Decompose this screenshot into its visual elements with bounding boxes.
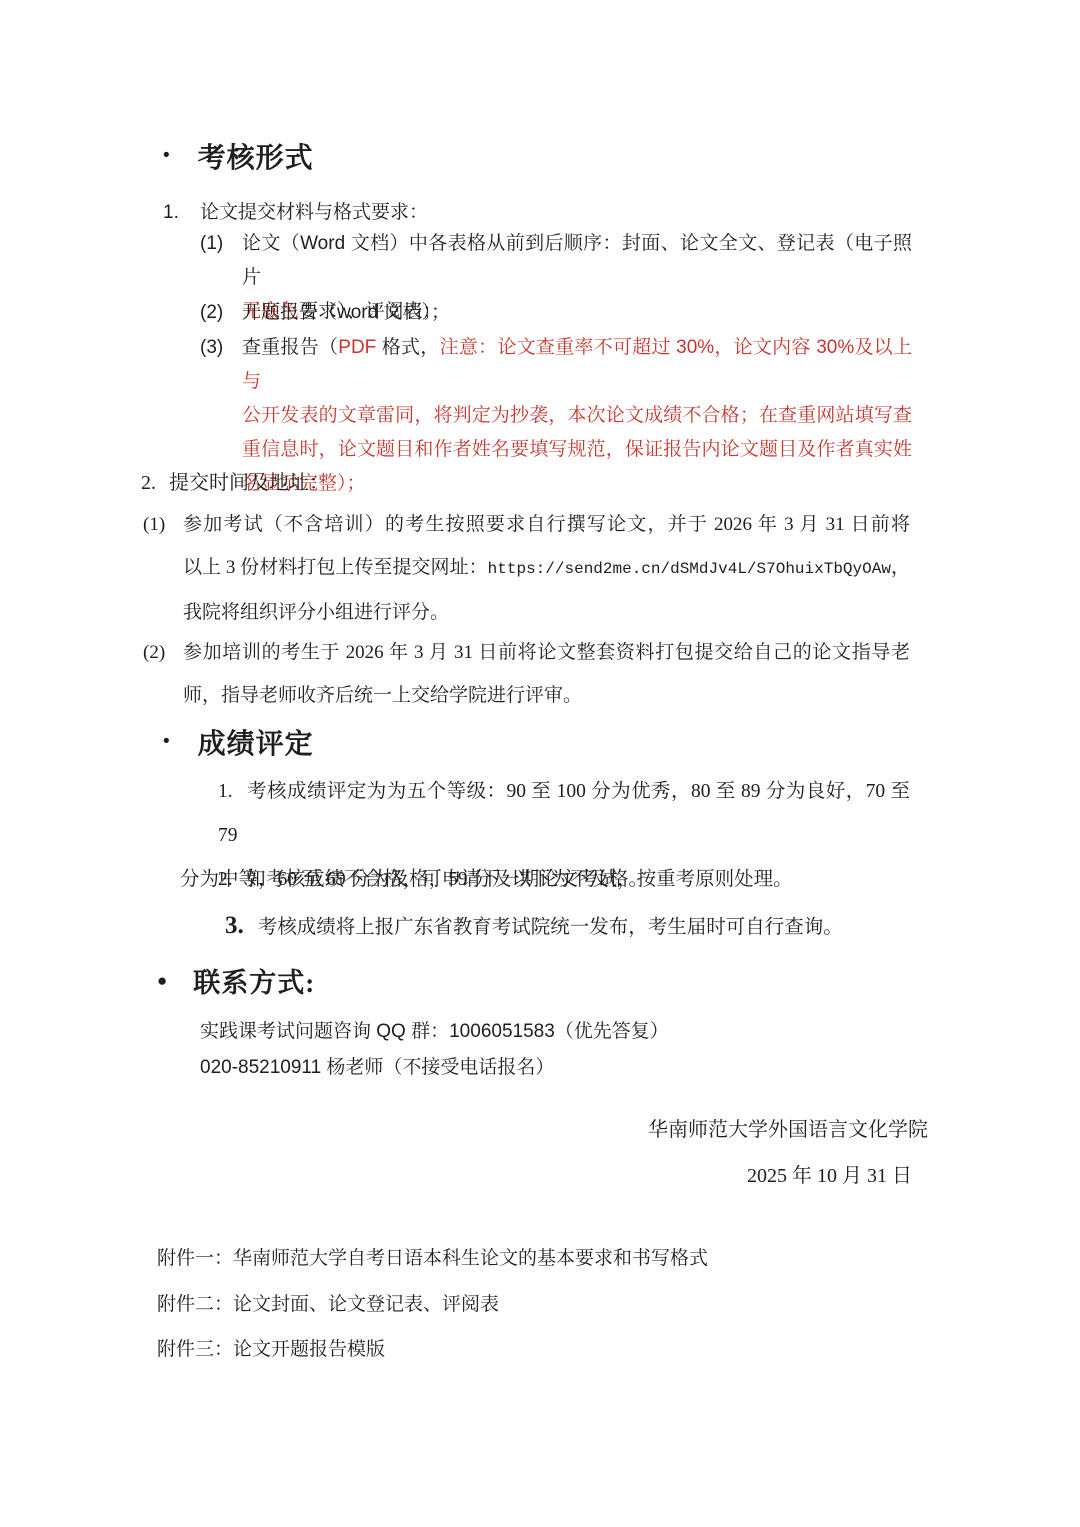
sub1-line1: 论文（Word 文档）中各表格从前到后顺序：封面、论文全文、登记表（电子照片 (242, 227, 912, 295)
sub-number: (1) (200, 227, 242, 261)
heading-text: 联系方式: (193, 961, 315, 1000)
section-heading-grading: • 成绩评定 (163, 722, 314, 762)
sub-number: (2) (143, 631, 183, 674)
list-item-1: 1. 论文提交材料与格式要求： (163, 196, 913, 230)
list-item-2: 2. 提交时间及地址： (141, 468, 901, 498)
heading-text: 考核形式 (198, 136, 314, 176)
list-text: 论文提交材料与格式要求： (200, 196, 913, 230)
attachment-3: 附件三：论文开题报告模版 (157, 1334, 957, 1361)
bullet-icon: • (163, 145, 170, 167)
sub3-line1: 查重报告（PDF 格式，注意：论文查重率不可超过 30%，论文内容 30%及以上… (242, 331, 912, 399)
grading-item-2: 2.如考核成绩不合格，可申请下一期论文考试，按重考原则处理。 (180, 858, 910, 902)
sub-number: (2) (200, 296, 242, 330)
contact-phone-line: 020-85210911 杨老师（不接受电话报名） (200, 1050, 920, 1085)
heading-text: 成绩评定 (198, 722, 314, 762)
sub3-line3: 重信息时，论文题目和作者姓名要填写规范，保证报告内论文题目及作者真实姓 (242, 433, 912, 467)
s22-line1: 参加培训的考生于 2026 年 3 月 31 日前将论文整套资料打包提交给自己的… (183, 631, 910, 674)
submission-url: https://send2me.cn/dSMdJv4L/S7OhuixTbQyO… (488, 560, 891, 578)
s21-l2-text: 以上 3 份材料打包上传至提交网址： (183, 557, 488, 578)
sub3-l1-black1: 查重报告（ (242, 337, 338, 358)
sub-number: (1) (143, 503, 183, 546)
sub3-l1-black2: 格式， (376, 337, 439, 358)
list-number: 3. (225, 912, 244, 939)
sub-number: (3) (200, 331, 242, 365)
sub-item-2: (2) 开题报告（word 文档）； (200, 296, 912, 330)
s21-line2: 以上 3 份材料打包上传至提交网址：https://send2me.cn/dSM… (183, 546, 910, 591)
sub2-text: 开题报告（word 文档）； (242, 296, 912, 330)
grading3-text: 考核成绩将上报广东省教育考试院统一发布，考生届时可自行查询。 (258, 917, 843, 938)
sub3-l1-red-pdf: PDF (338, 337, 376, 358)
list-number: 2. (218, 869, 233, 890)
grading-item-3: 3.考核成绩将上报广东省教育考试院统一发布，考生届时可自行查询。 (180, 904, 910, 950)
grading1-line1: 1.考核成绩评定为为五个等级：90 至 100 分为优秀，80 至 89 分为良… (180, 770, 910, 858)
submit-item-2: (2) 参加培训的考生于 2026 年 3 月 31 日前将论文整套资料打包提交… (143, 631, 910, 717)
grading2-text: 如考核成绩不合格，可申请下一期论文考试，按重考原则处理。 (247, 869, 793, 890)
list-text: 提交时间及地址： (169, 468, 901, 498)
s21-line1: 参加考试（不含培训）的考生按照要求自行撰写论文，并于 2026 年 3 月 31… (183, 503, 910, 546)
bullet-icon: ● (157, 971, 167, 991)
list-number: 1. (163, 196, 200, 230)
list-number: 2. (141, 468, 169, 498)
signature-date: 2025 年 10 月 31 日 (747, 1159, 912, 1188)
attachment-2: 附件二：论文封面、论文登记表、评阅表 (157, 1289, 957, 1316)
signature-organization: 华南师范大学外国语言文化学院 (648, 1113, 928, 1142)
bullet-icon: • (163, 731, 170, 753)
grading1-text: 考核成绩评定为为五个等级：90 至 100 分为优秀，80 至 89 分为良好，… (218, 781, 910, 846)
section-heading-exam-format: • 考核形式 (163, 136, 314, 176)
section-heading-contact: ● 联系方式: (157, 961, 315, 1000)
document-page: • 考核形式 1. 论文提交材料与格式要求： (1) 论文（Word 文档）中各… (0, 0, 1080, 1527)
contact-qq-line: 实践课考试问题咨询 QQ 群：1006051583（优先答复） (200, 1014, 920, 1049)
list-number: 1. (218, 781, 233, 802)
submit-item-1: (1) 参加考试（不含培训）的考生按照要求自行撰写论文，并于 2026 年 3 … (143, 503, 910, 634)
s21-l2-comma: ， (891, 557, 910, 578)
s21-line3: 我院将组织评分小组进行评分。 (183, 591, 910, 634)
attachment-1: 附件一：华南师范大学自考日语本科生论文的基本要求和书写格式 (157, 1243, 957, 1270)
sub3-line2: 公开发表的文章雷同，将判定为抄袭，本次论文成绩不合格；在查重网站填写查 (242, 399, 912, 433)
s22-line2: 师，指导老师收齐后统一上交给学院进行评审。 (183, 674, 910, 717)
